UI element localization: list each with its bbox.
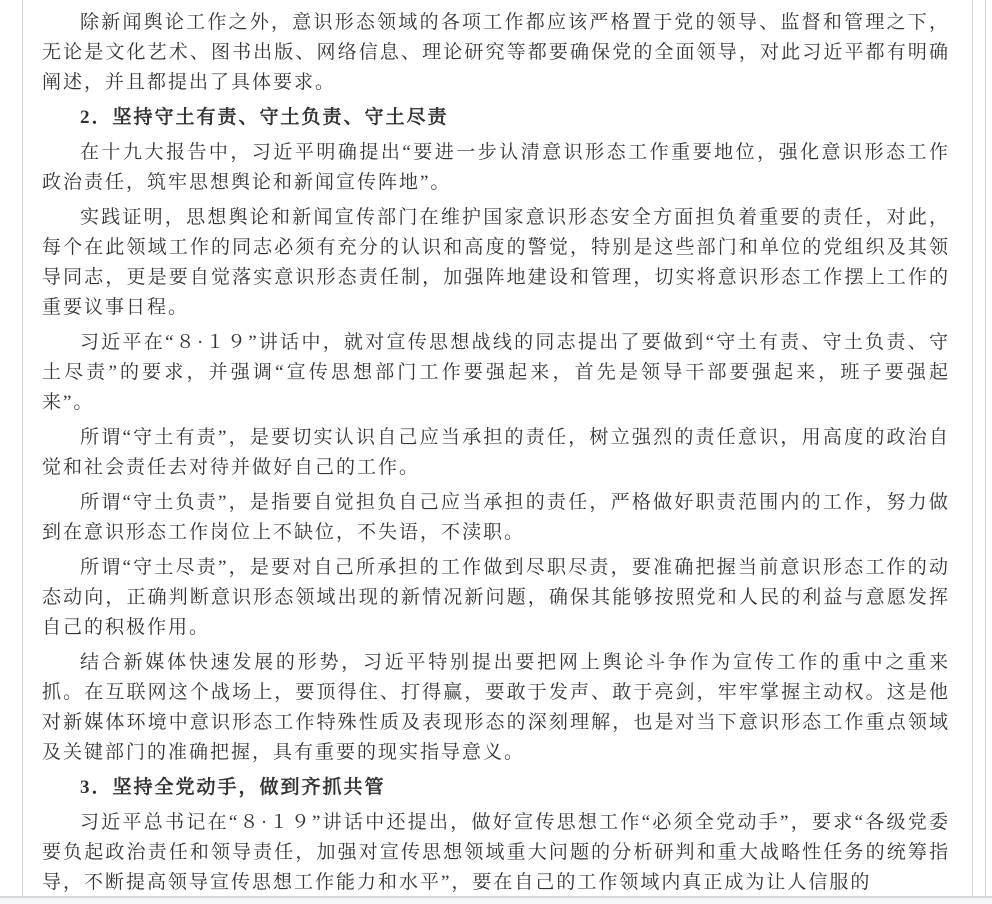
document-body: 除新闻舆论工作之外，意识形态领域的各项工作都应该严格置于党的领导、监督和管理之下… bbox=[42, 0, 950, 898]
paragraph: 在十九大报告中，习近平明确提出“要进一步认清意识形态工作重要地位，强化意识形态工… bbox=[42, 138, 950, 198]
paragraph: 结合新媒体快速发展的形势，习近平特别提出要把网上舆论斗争作为宣传工作的重中之重来… bbox=[42, 648, 950, 768]
window-edge-line bbox=[985, 0, 986, 897]
section-heading: 3．坚持全党动手，做到齐抓共管 bbox=[42, 773, 950, 803]
content-right-border-line bbox=[972, 0, 973, 897]
section-heading: 2．坚持守土有责、守土负责、守土尽责 bbox=[42, 103, 950, 133]
paragraph: 实践证明，思想舆论和新闻宣传部门在维护国家意识形态安全方面担负着重要的责任，对此… bbox=[42, 203, 950, 323]
paragraph: 习近平在“８·１９”讲话中，就对宣传思想战线的同志提出了要做到“守土有责、守土负… bbox=[42, 328, 950, 418]
content-left-border-line bbox=[22, 0, 23, 897]
paragraph: 所谓“守土有责”，是要切实认识自己应当承担的责任，树立强烈的责任意识，用高度的政… bbox=[42, 423, 950, 483]
paragraph: 除新闻舆论工作之外，意识形态领域的各项工作都应该严格置于党的领导、监督和管理之下… bbox=[42, 8, 950, 98]
paragraph: 所谓“守土尽责”，是要对自己所承担的工作做到尽职尽责，要准确把握当前意识形态工作… bbox=[42, 553, 950, 643]
paragraph: 所谓“守土负责”，是指要自觉担负自己应当承担的责任，严格做好职责范围内的工作，努… bbox=[42, 488, 950, 548]
footer-strip bbox=[0, 898, 992, 904]
paragraph: 习近平总书记在“８·１９”讲话中还提出，做好宣传思想工作“必须全党动手”，要求“… bbox=[42, 808, 950, 898]
page-background: { "colors": { "page_background": "#fffff… bbox=[0, 0, 992, 904]
